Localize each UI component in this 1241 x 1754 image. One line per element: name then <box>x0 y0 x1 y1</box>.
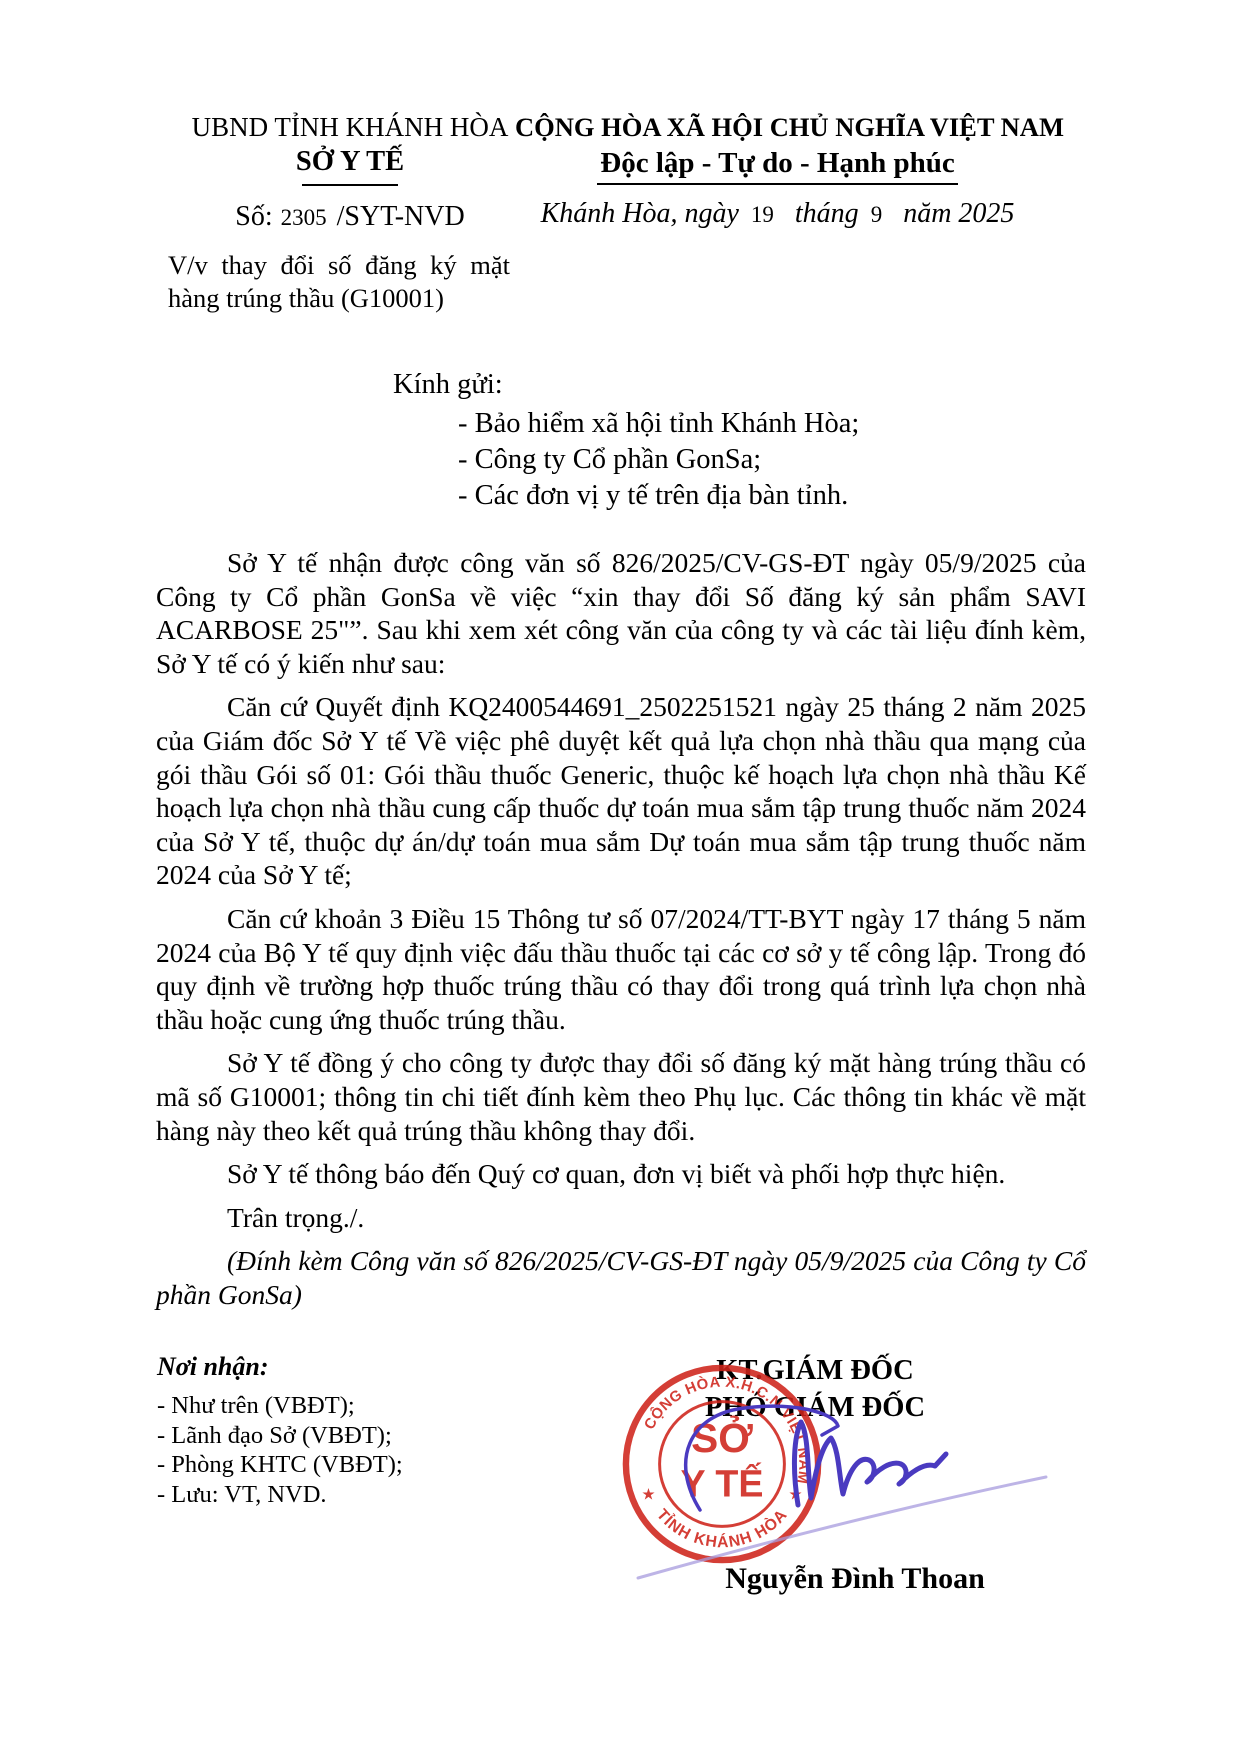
date-month: 9 <box>871 202 883 227</box>
distribution-label: Nơi nhận: <box>157 1352 403 1382</box>
motto-wrap: Độc lập - Tự do - Hạnh phúc <box>515 143 1040 185</box>
document-number-value: 2305 <box>281 205 327 230</box>
national-header: CỘNG HÒA XÃ HỘI CHỦ NGHĨA VIỆT NAM Độc l… <box>515 112 1040 230</box>
distribution-item: - Như trên (VBĐT); <box>157 1391 403 1421</box>
paragraph-notice: Sở Y tế thông báo đến Quý cơ quan, đơn v… <box>156 1157 1086 1191</box>
document-subject: V/v thay đổi số đăng ký mặt hàng trúng t… <box>168 249 510 315</box>
document-number-label: Số: <box>235 201 272 232</box>
signature-stroke-arc <box>686 1406 838 1510</box>
document-number-suffix: /SYT-NVD <box>337 201 465 232</box>
date-day: 19 <box>751 202 774 227</box>
country-title: CỘNG HÒA XÃ HỘI CHỦ NGHĨA VIỆT NAM <box>515 112 1040 143</box>
place-date-prefix: Khánh Hòa, ngày <box>541 198 739 229</box>
paragraph-intro: Sở Y tế nhận được công văn số 826/2025/C… <box>156 546 1086 680</box>
distribution-item: - Lãnh đạo Sở (VBĐT); <box>157 1421 403 1451</box>
document-number: Số:2305/SYT-NVD <box>150 201 550 233</box>
distribution-block: Nơi nhận: - Như trên (VBĐT); - Lãnh đạo … <box>157 1352 403 1509</box>
place-and-date: Khánh Hòa, ngày 19 tháng 9 năm 2025 <box>515 198 1040 230</box>
paragraph-decision: Sở Y tế đồng ý cho công ty được thay đổi… <box>156 1046 1086 1147</box>
paragraph-legal-basis-1: Căn cứ Quyết định KQ2400544691_250225152… <box>156 690 1086 892</box>
official-letter-page: UBND TỈNH KHÁNH HÒA SỞ Y TẾ Số:2305/SYT-… <box>0 0 1241 1754</box>
recipient-list: - Bảo hiểm xã hội tỉnh Khánh Hòa; - Công… <box>458 406 859 514</box>
salutation: Kính gửi: <box>393 369 503 401</box>
attachment-note: (Đính kèm Công văn số 826/2025/CV-GS-ĐT … <box>156 1244 1086 1311</box>
recipient-item: - Các đơn vị y tế trên địa bàn tỉnh. <box>458 478 859 514</box>
date-year: 2025 <box>958 198 1014 229</box>
paragraph-legal-basis-2: Căn cứ khoản 3 Điều 15 Thông tư số 07/20… <box>156 902 1086 1036</box>
issuer-name-underline <box>302 184 398 186</box>
date-year-label: năm <box>903 198 951 229</box>
body-paragraphs: Sở Y tế nhận được công văn số 826/2025/C… <box>156 546 1086 1321</box>
distribution-item: - Lưu: VT, NVD. <box>157 1480 403 1510</box>
issuer-name: SỞ Y TẾ <box>150 146 550 178</box>
paragraph-closing: Trân trọng./. <box>156 1201 1086 1235</box>
distribution-item: - Phòng KHTC (VBĐT); <box>157 1450 403 1480</box>
recipient-item: - Công ty Cổ phần GonSa; <box>458 442 859 478</box>
signature-stroke-squiggle <box>794 1422 946 1505</box>
issuer-block: UBND TỈNH KHÁNH HÒA SỞ Y TẾ Số:2305/SYT-… <box>150 112 550 315</box>
handwritten-signature <box>560 1395 1080 1595</box>
issuer-parent-name: UBND TỈNH KHÁNH HÒA <box>150 112 550 143</box>
recipient-item: - Bảo hiểm xã hội tỉnh Khánh Hòa; <box>458 406 859 442</box>
national-motto: Độc lập - Tự do - Hạnh phúc <box>597 147 958 185</box>
date-month-label: tháng <box>795 198 859 229</box>
